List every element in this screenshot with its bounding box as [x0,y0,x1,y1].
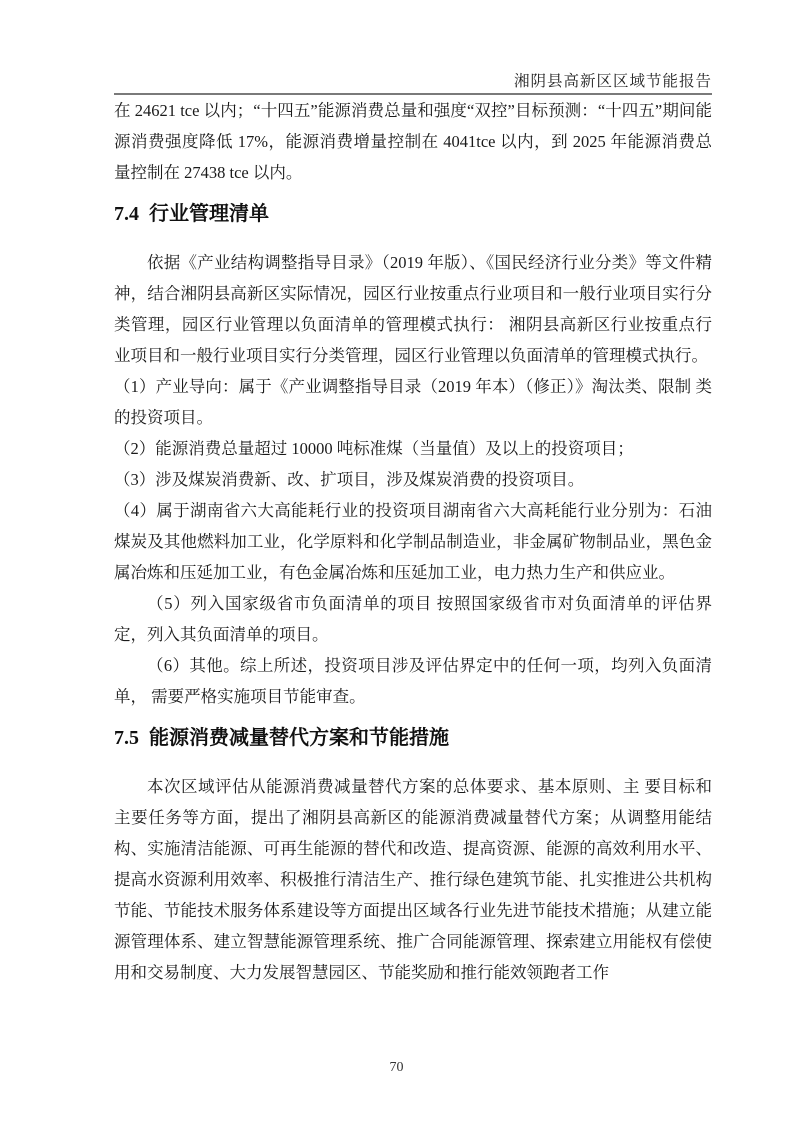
running-header-title: 湘阴县高新区区域节能报告 [514,69,712,91]
section-7-4-paragraph: 依据《产业结构调整指导目录》（2019 年版）、《国民经济行业分类》等文件精神，… [114,247,712,371]
intro-paragraph: 在 24621 tce 以内；“十四五”能源消费总量和强度“双控”目标预测：“十… [114,95,712,188]
list-item-6: （6）其他。综上所述，投资项目涉及评估界定中的任何一项，均列入负面清单， 需要严… [114,650,712,712]
list-item-4: （4）属于湖南省六大高能耗行业的投资项目湖南省六大高耗能行业分别为：石油煤炭及其… [114,495,712,588]
list-item-5: （5）列入国家级省市负面清单的项目 按照国家级省市对负面清单的评估界定，列入其负… [114,588,712,650]
section-title: 行业管理清单 [149,203,269,225]
section-heading-7-5: 7.5能源消费减量替代方案和节能措施 [114,723,712,754]
section-7-5-paragraph: 本次区域评估从能源消费减量替代方案的总体要求、基本原则、主 要目标和主要任务等方… [114,771,712,988]
page-number: 70 [390,1040,404,1076]
section-title: 能源消费减量替代方案和节能措施 [149,727,449,749]
page-header: 湘阴县高新区区域节能报告 [114,0,712,95]
page-content: 在 24621 tce 以内；“十四五”能源消费总量和强度“双控”目标预测：“十… [114,95,712,988]
list-item-3: （3）涉及煤炭消费新、改、扩项目，涉及煤炭消费的投资项目。 [114,464,712,495]
page-footer: 70 [0,1040,793,1122]
section-number: 7.5 [114,727,139,749]
list-item-1: （1）产业导向：属于《产业调整指导目录（2019 年本）（修正）》淘汰类、限制 … [114,371,712,433]
document-page: 湘阴县高新区区域节能报告 在 24621 tce 以内；“十四五”能源消费总量和… [0,0,793,1122]
section-heading-7-4: 7.4行业管理清单 [114,199,712,230]
list-item-2: （2）能源消费总量超过 10000 吨标准煤（当量值）及以上的投资项目； [114,433,712,464]
section-number: 7.4 [114,203,139,225]
